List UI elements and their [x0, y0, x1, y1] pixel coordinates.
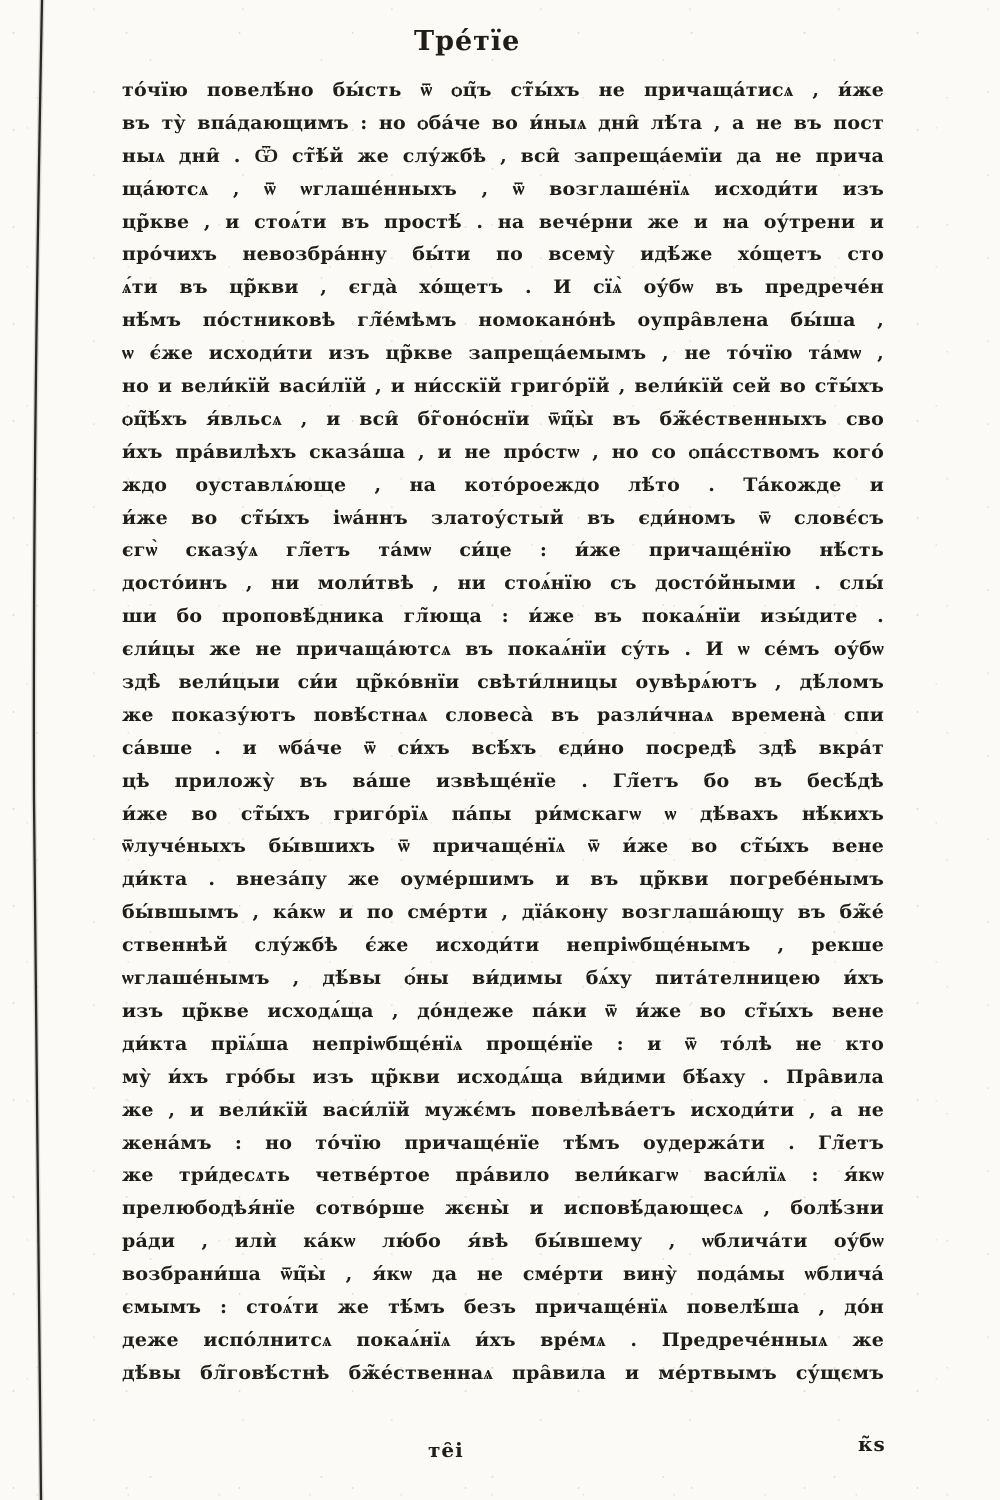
text-line: въ ту̀ впа́дающимъ : но ѻба́че во и́ныѧ …: [122, 107, 884, 140]
text-line: изъ цр̃кве исходѧ́ща , до́ндеже па́ки ѿ …: [122, 995, 884, 1028]
text-line: нѣ́мъ по́стниковѣ гл̃е́мѣмъ номокано́нѣ …: [122, 304, 884, 337]
text-line: ѻц̃ѣ́хъ я́вльсѧ , и вси̑ бг̃оно́снїи ѿц̃…: [122, 403, 884, 436]
text-line: бы́вшымъ , ка́кѡ и по сме́рти , дїа́кону…: [122, 896, 884, 929]
text-line: ныѧ дни̑ . Ѿ ст̃ѣ́й же слу́жбѣ , вси̑ за…: [122, 140, 884, 173]
text-line: дѣ́вы бл̃говѣ́стнѣ бж̃е́ственнаѧ пра̑вил…: [122, 1357, 884, 1390]
quire-signature: к̃ѕ: [858, 1432, 886, 1456]
text-line: ща́ютсѧ , ѿ ѡглаше́нныхъ , ѿ возглаше́нї…: [122, 173, 884, 206]
text-line: же , и вели́кїй васи́лїй мужє́мъ повелѣв…: [122, 1094, 884, 1127]
text-line: и́хъ пра́вилѣхъ сказа́ша , и не про́стѡ …: [122, 436, 884, 469]
text-line: и́же во ст̃ы́хъ григо́рїѧ па́пы ри́мскаг…: [122, 798, 884, 831]
body-text: то́чїю повелѣ́но бы́сть ѿ ѻц̃ъ ст̃ы́хъ н…: [122, 74, 884, 1390]
text-line: но и вели́кїй васи́лїй , и ни́сскїй григ…: [122, 370, 884, 403]
text-line: ємымъ : стоѧ́ти же тѣ́мъ безъ причаще́нї…: [122, 1291, 884, 1324]
text-line: му̀ и́хъ гро́бы изъ цр̃кви исходѧ́ща ви́…: [122, 1061, 884, 1094]
text-line: ѡ є́же исходи́ти изъ цр̃кве запреща́емым…: [122, 337, 884, 370]
text-line: ждо оуставлѧ́юще , на кото́роеждо лѣ́то …: [122, 469, 884, 502]
text-line: возбрани́ша ѿц̃ы̀ , я́кѡ да не сме́рти в…: [122, 1258, 884, 1291]
text-line: здѣ̀ вели́цыи си́и цр̃ко́внїи свѣти́лниц…: [122, 666, 884, 699]
binding-crease-line: [0, 0, 70, 1500]
text-line: то́чїю повелѣ́но бы́сть ѿ ѻц̃ъ ст̃ы́хъ н…: [122, 74, 884, 107]
text-line: ди́кта прїѧ́ша непріѡбще́нїѧ проще́нїе :…: [122, 1028, 884, 1061]
text-line: цр̃кве , и стоѧ́ти въ простѣ́ . на вече́…: [122, 206, 884, 239]
text-line: про́чихъ невозбра́нну бы́ти по всему̀ ид…: [122, 238, 884, 271]
text-line: досто́инъ , ни моли́твѣ , ни стоѧ́нїю съ…: [122, 567, 884, 600]
text-line: прелюбодѣя́нїе сотво́рше жєны̀ и исповѣ́…: [122, 1192, 884, 1225]
text-line: ши бо проповѣ́дника гл̃юща : и́же въ пок…: [122, 600, 884, 633]
text-line: ѡглаше́нымъ , дѣ́вы ѻ́ны ви́димы бѧ́ху п…: [122, 962, 884, 995]
text-line: ра́ди , илѝ ка́кѡ лю́бо я́вѣ бы́вшему , …: [122, 1225, 884, 1258]
text-line: же показу́ютъ повѣ́стнаѧ словеса̀ въ раз…: [122, 699, 884, 732]
text-line: ственнѣй слу́жбѣ є́же исходи́ти непріѡбщ…: [122, 929, 884, 962]
book-page-scan: Тре́тїе то́чїю повелѣ́но бы́сть ѿ ѻц̃ъ с…: [0, 0, 1000, 1500]
text-line: цѣ приложу̀ въ ва́ше извѣще́нїе . Гл̃етъ…: [122, 765, 884, 798]
text-line: же три́десѧть четве́ртое пра́вило вели́к…: [122, 1159, 884, 1192]
text-line: ди́кта . внеза́пу же оуме́ршимъ и въ цр̃…: [122, 863, 884, 896]
text-line: са́вше . и ѡба́че ѿ си́хъ всѣ́хъ єди́но …: [122, 732, 884, 765]
text-line: єгѡ̀ сказу́ѧ гл̃етъ та́мѡ си́це : и́же п…: [122, 534, 884, 567]
running-title: Тре́тїе: [414, 26, 520, 57]
text-line: єли́цы же не причаща́ютсѧ въ покаѧ́нїи с…: [122, 633, 884, 666]
folio-number: те̑і: [428, 1438, 464, 1462]
text-line: и́же во ст̃ы́хъ іѡа́ннъ златоу́стый въ є…: [122, 502, 884, 535]
text-line: ѿлуче́ныхъ бы́вшихъ ѿ причаще́нїѧ ѿ и́же…: [122, 830, 884, 863]
text-line: жена́мъ : но то́чїю причаще́нїе тѣ́мъ оу…: [122, 1127, 884, 1160]
text-line: деже испо́лнитсѧ покаѧ́нїѧ и́хъ вре́мѧ .…: [122, 1324, 884, 1357]
text-line: ѧ́ти въ цр̃кви , єгда̀ хо́щетъ . И сїѧ̀ …: [122, 271, 884, 304]
